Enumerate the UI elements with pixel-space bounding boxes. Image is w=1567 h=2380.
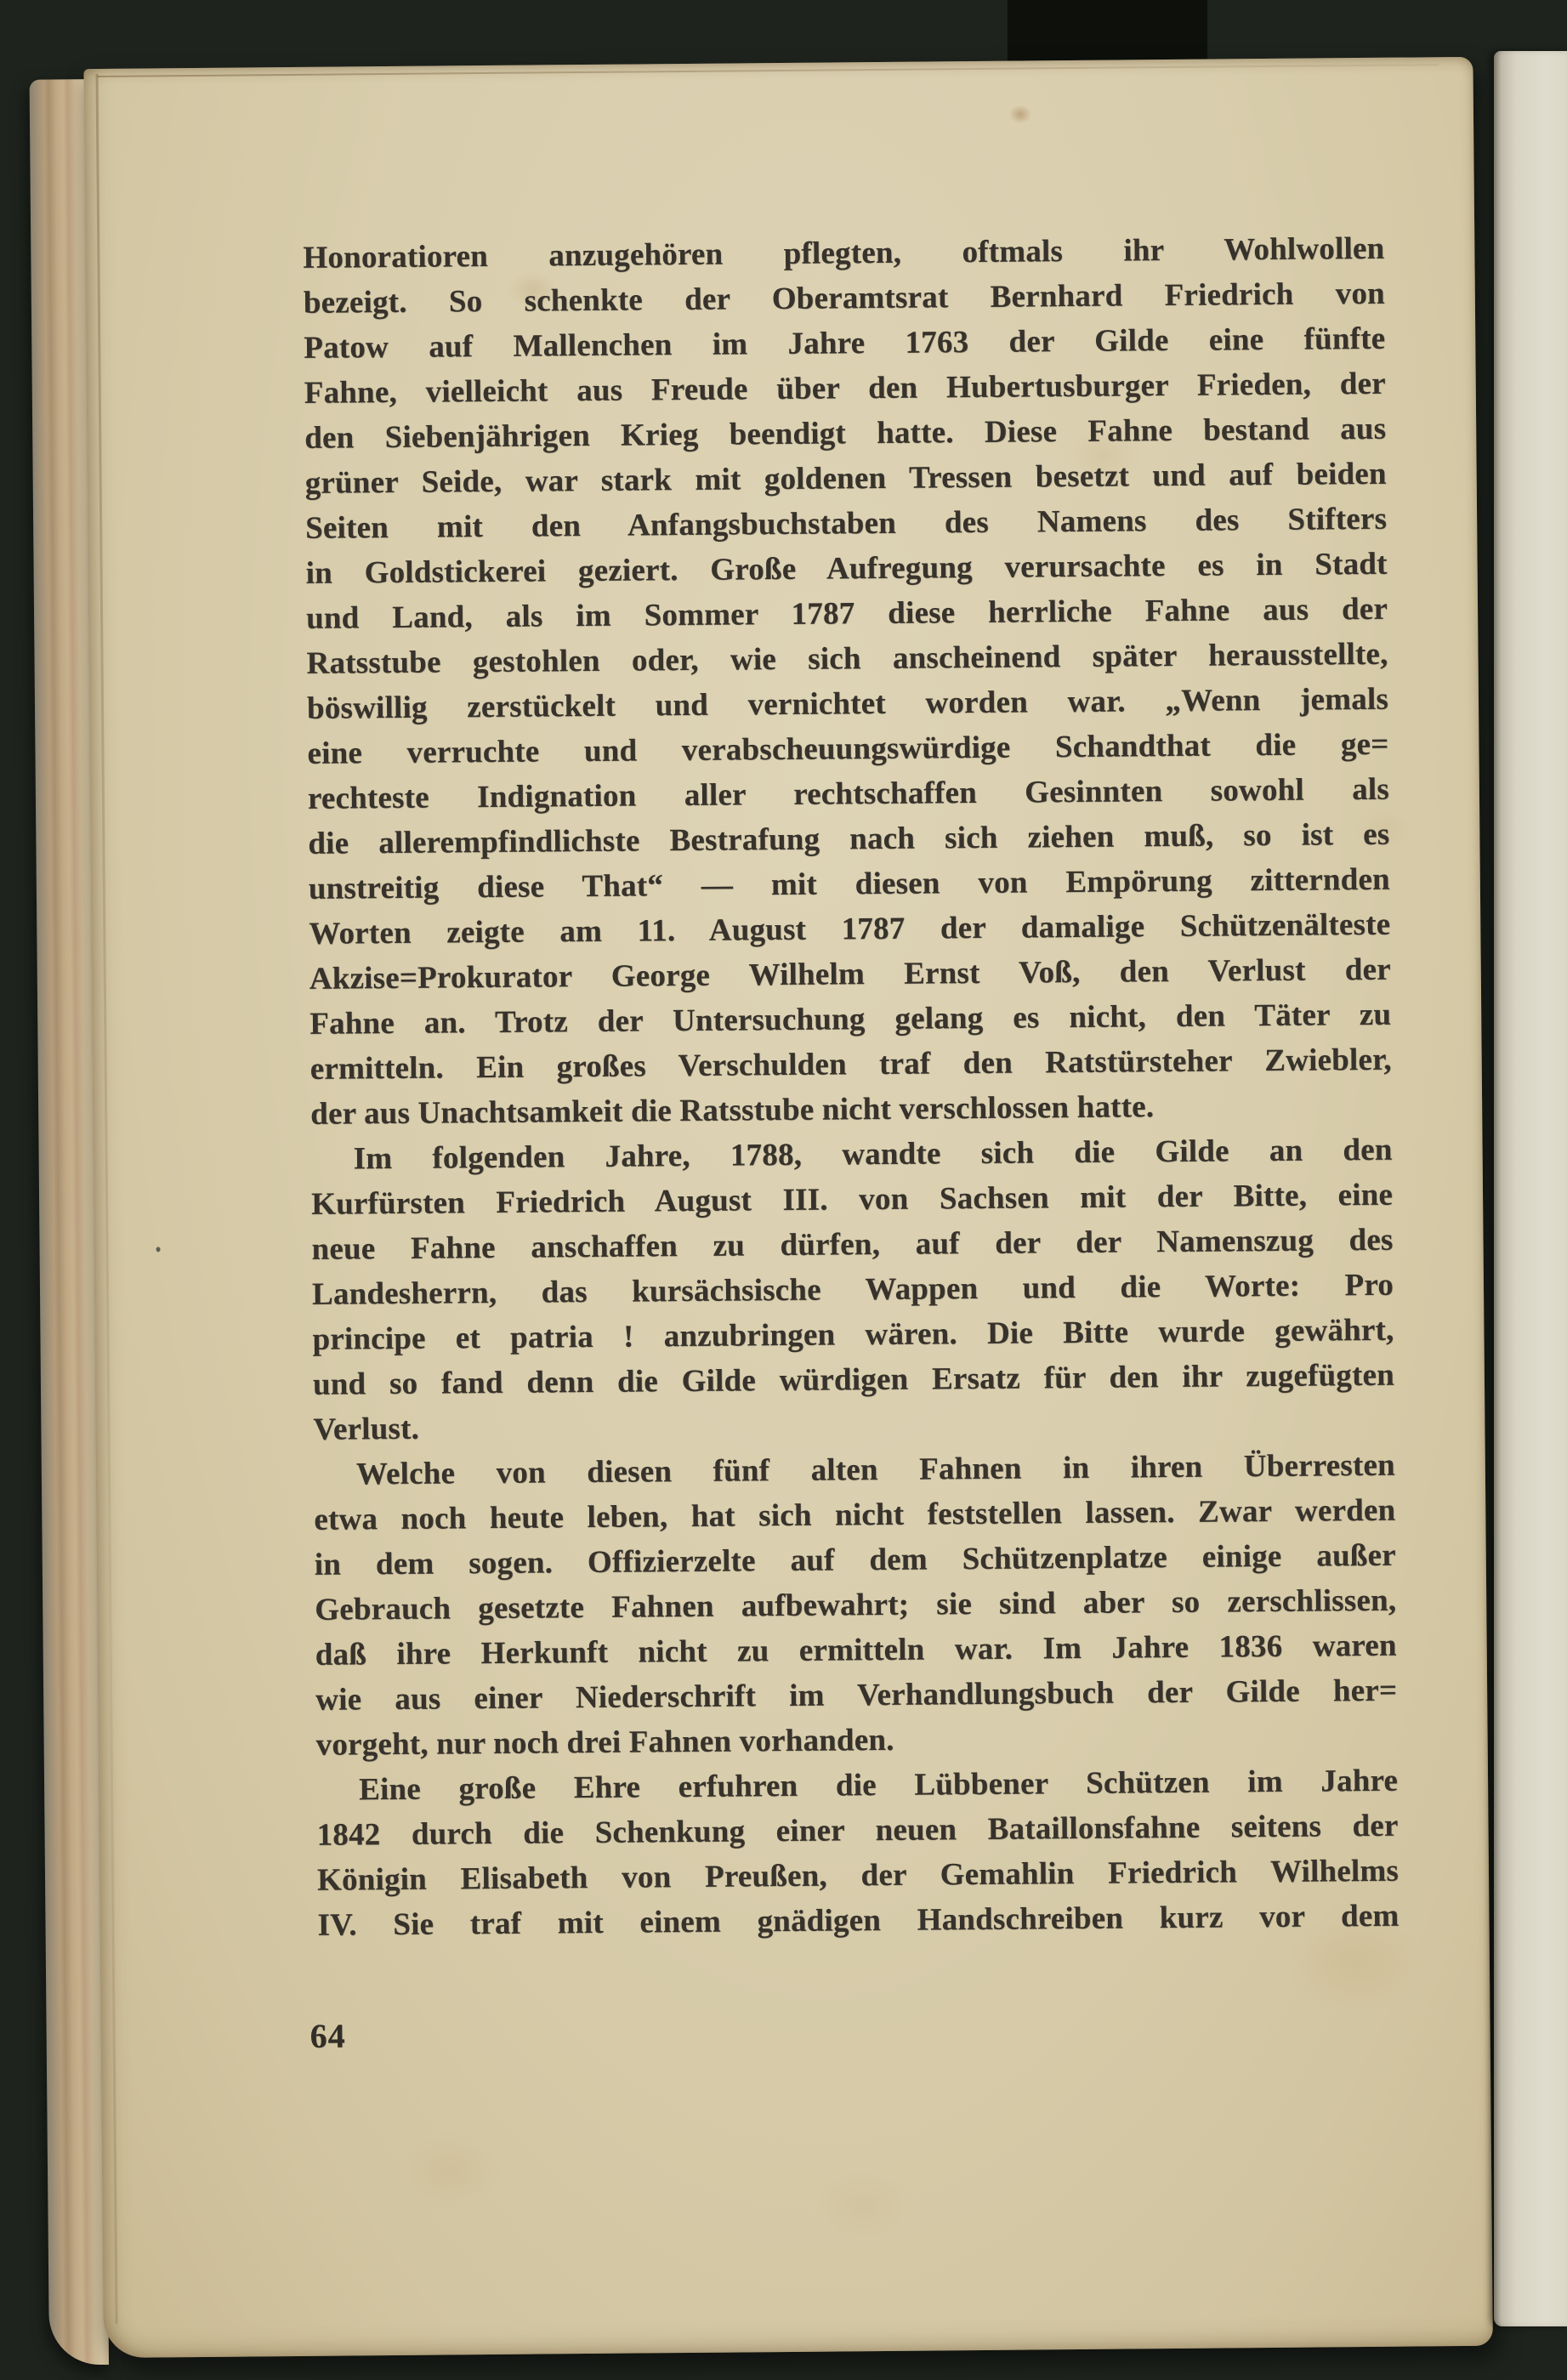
photo-background: Honoratioren anzugehören pflegten, oftma… <box>0 0 1567 2380</box>
foxing-stain <box>1009 105 1031 123</box>
foxing-stain <box>400 2132 502 2209</box>
body-text: Honoratioren anzugehören pflegten, oftma… <box>303 226 1400 1948</box>
page-number: 64 <box>309 2016 345 2056</box>
text-line: und so fand denn die Gilde würdigen Ersa… <box>313 1353 1394 1407</box>
foxing-stain <box>816 2171 911 2240</box>
text-line: ermitteln. Ein großes Verschulden traf d… <box>310 1037 1392 1092</box>
text-line: wie aus einer Niederschrift im Verhandlu… <box>315 1668 1397 1723</box>
ink-speck <box>156 1247 161 1252</box>
book-page: Honoratioren anzugehören pflegten, oftma… <box>83 57 1492 2358</box>
book: Honoratioren anzugehören pflegten, oftma… <box>0 0 1567 2380</box>
text-line: IV. Sie traf mit einem gnädigen Handschr… <box>317 1894 1399 1948</box>
adjacent-page-edge <box>1494 51 1567 2326</box>
